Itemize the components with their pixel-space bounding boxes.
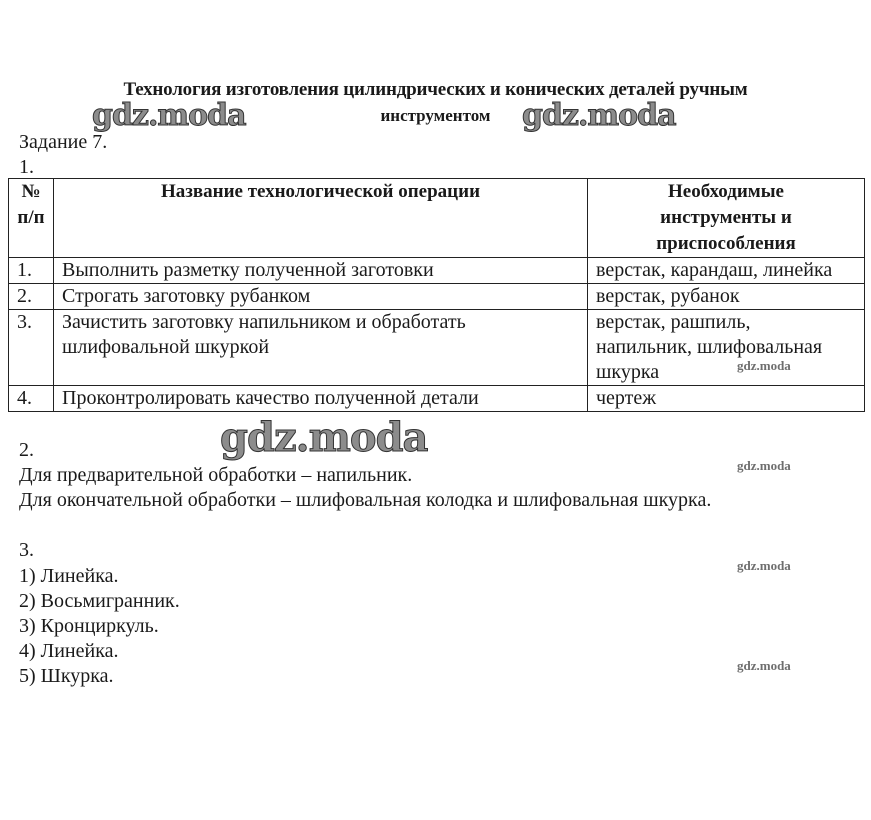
table-header-row: № п/п Название технологической операции …: [9, 179, 865, 258]
table-row: 4. Проконтролировать качество полученной…: [9, 386, 865, 412]
row-number: 4.: [9, 386, 54, 412]
watermark: gdz.moda: [737, 358, 791, 374]
task-label: Задание 7.: [19, 130, 107, 154]
section-3-item: 4) Линейка.: [19, 639, 119, 663]
row-tools: верстак, рашпиль, напильник, шлифовальна…: [588, 310, 865, 386]
row-tools: чертеж: [588, 386, 865, 412]
watermark: gdz.moda: [220, 414, 427, 461]
row-operation: Выполнить разметку полученной заготовки: [54, 258, 588, 284]
section-2-line: Для окончательной обработки – шлифовальн…: [19, 488, 711, 512]
watermark: gdz.moda: [522, 98, 676, 133]
section-3-item: 1) Линейка.: [19, 564, 119, 588]
row-operation: Проконтролировать качество полученной де…: [54, 386, 588, 412]
row-operation: Строгать заготовку рубанком: [54, 284, 588, 310]
section-3-item: 3) Кронциркуль.: [19, 614, 159, 638]
header-number: № п/п: [9, 179, 54, 258]
header-number-text: № п/п: [16, 179, 46, 231]
row-tools: верстак, рубанок: [588, 284, 865, 310]
watermark: gdz.moda: [737, 458, 791, 474]
header-tools: Необходимые инструменты и приспособления: [588, 179, 865, 258]
table-row: 3. Зачистить заготовку напильником и обр…: [9, 310, 865, 386]
watermark: gdz.moda: [737, 558, 791, 574]
section-1-label: 1.: [19, 155, 34, 179]
section-2-line: Для предварительной обработки – напильни…: [19, 463, 412, 487]
watermark: gdz.moda: [92, 98, 246, 133]
row-number: 1.: [9, 258, 54, 284]
section-3-item: 5) Шкурка.: [19, 664, 114, 688]
section-2-label: 2.: [19, 438, 34, 462]
row-operation: Зачистить заготовку напильником и обрабо…: [54, 310, 588, 386]
table-row: 1. Выполнить разметку полученной заготов…: [9, 258, 865, 284]
operations-table: № п/п Название технологической операции …: [8, 178, 865, 412]
row-number: 3.: [9, 310, 54, 386]
row-number: 2.: [9, 284, 54, 310]
header-tools-text: Необходимые инструменты и приспособления: [641, 179, 811, 257]
header-operation: Название технологической операции: [54, 179, 588, 258]
row-tools: верстак, карандаш, линейка: [588, 258, 865, 284]
table-row: 2. Строгать заготовку рубанком верстак, …: [9, 284, 865, 310]
watermark: gdz.moda: [737, 658, 791, 674]
section-3-label: 3.: [19, 538, 34, 562]
section-3-item: 2) Восьмигранник.: [19, 589, 180, 613]
